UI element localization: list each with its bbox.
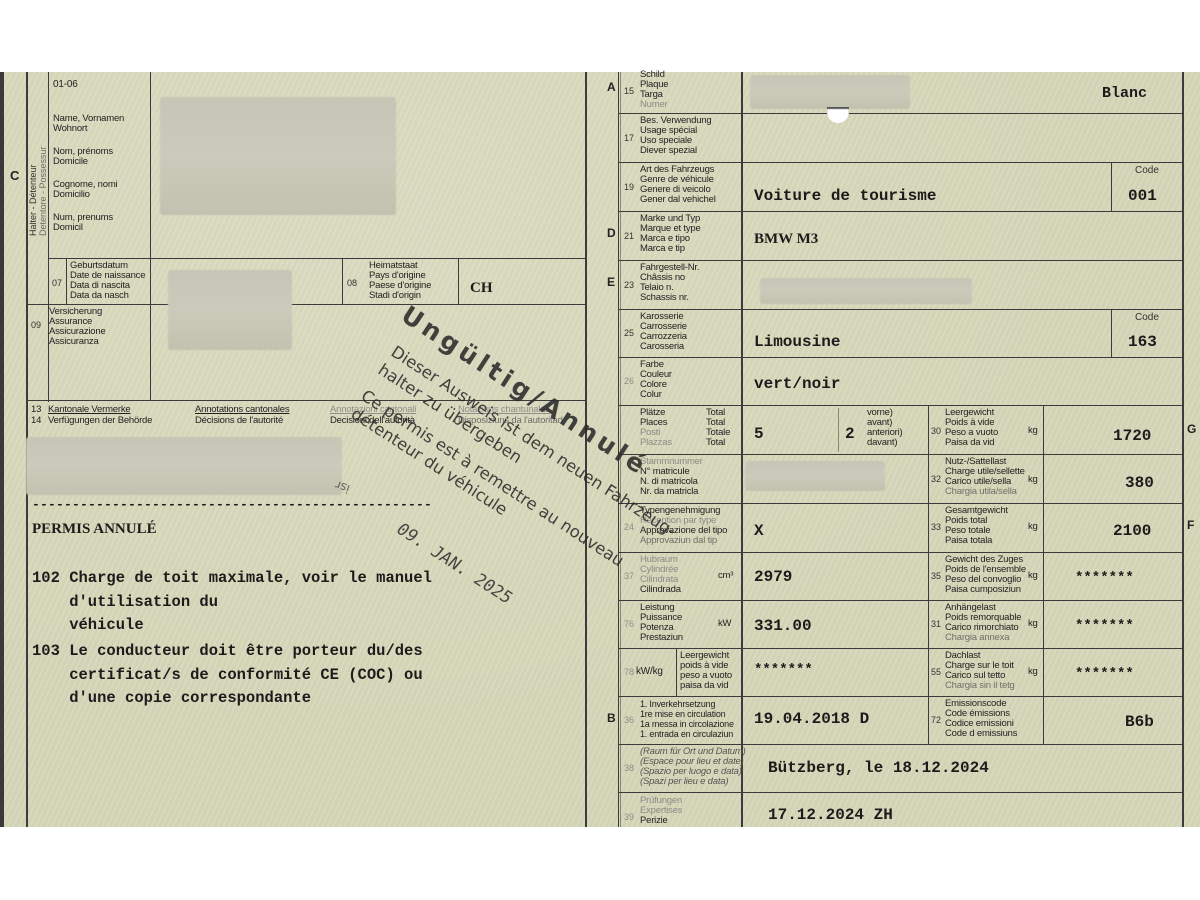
section-letter-b: B [607, 711, 616, 725]
total-weight-value: 2100 [1113, 522, 1151, 540]
first-registration-value: 19.04.2018 D [754, 710, 869, 728]
seats-total: 5 [754, 425, 764, 443]
seats-front: 2 [845, 425, 855, 443]
section-letter-c: C [10, 168, 19, 183]
remark-line: 103 Le conducteur doit être porteur du/d… [32, 640, 423, 663]
payload-value: 380 [1125, 474, 1154, 492]
body-value: Limousine [754, 333, 840, 351]
permit-cancelled-title: PERMIS ANNULÉ [32, 518, 157, 541]
place-date-value: Bützberg, le 18.12.2024 [768, 759, 989, 777]
body-code: 163 [1128, 333, 1157, 351]
remark-line: certificat/s de conformité CE (COC) ou [32, 664, 423, 687]
combination-weight-value: ******* [1075, 570, 1134, 586]
inspections-value: 17.12.2024 ZH [768, 806, 893, 824]
redacted-plate [750, 75, 910, 109]
towing-capacity-value: ******* [1075, 618, 1134, 634]
vehicle-type-value: Voiture de tourisme [754, 187, 936, 205]
redacted-annotation [26, 437, 342, 495]
displacement-value: 2979 [754, 568, 792, 586]
section-letter-g: G [1187, 422, 1196, 436]
dash-separator: ----------------------------------------… [32, 493, 432, 516]
holder-vertical-label: Halter - Détenteur [28, 164, 38, 236]
origin-value: CH [470, 280, 493, 297]
empty-weight-value: 1720 [1113, 427, 1151, 445]
roof-load-value: ******* [1075, 666, 1134, 682]
remark-line: véhicule [32, 614, 144, 637]
make-model-value: BMW M3 [754, 231, 818, 248]
remark-line: 102 Charge de toit maximale, voir le man… [32, 567, 432, 590]
emission-code-value: B6b [1125, 713, 1154, 731]
power-value: 331.00 [754, 617, 812, 635]
scan-edge [0, 72, 4, 827]
redacted-chassis [760, 278, 972, 304]
section-letter-d: D [607, 226, 616, 240]
holder-vertical-label-2: Detentore - Possessur [38, 146, 48, 236]
plate-color-value: Blanc [1102, 85, 1147, 102]
color-value: vert/noir [754, 375, 840, 393]
section-letter-a: A [607, 80, 616, 94]
type-approval-value: X [754, 522, 764, 540]
remark-line: d'une copie correspondante [32, 687, 311, 710]
redacted-birth-date [168, 270, 292, 350]
redacted-matricule [745, 461, 885, 491]
redacted-holder-name [160, 97, 396, 215]
power-weight-ratio-value: ******* [754, 662, 813, 678]
vehicle-type-code: 001 [1128, 187, 1157, 205]
section-letter-e: E [607, 275, 615, 289]
remark-line: d'utilisation du [32, 591, 218, 614]
section-letter-f: F [1187, 518, 1194, 532]
